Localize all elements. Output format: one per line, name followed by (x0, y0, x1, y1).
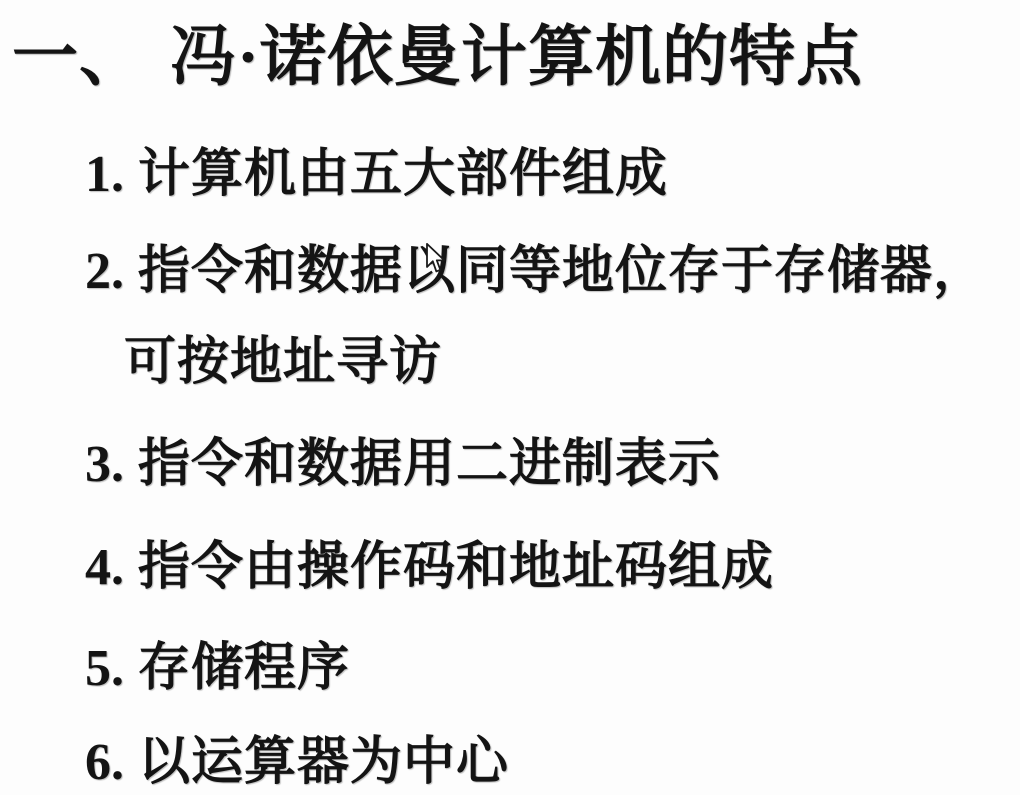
list-item-4: 4. 指令由操作码和地址码组成 (85, 539, 774, 596)
item-number: 6. (85, 734, 138, 791)
item-text: 计算机由五大部件组成 (138, 146, 668, 203)
item-text: 指令和数据以同等地位存于存储器， (138, 243, 986, 300)
list-item-1: 1. 计算机由五大部件组成 (85, 146, 668, 203)
item-number: 2. (85, 243, 138, 300)
item-text: 指令由操作码和地址码组成 (138, 539, 774, 596)
slide-title: 一、冯·诺依曼计算机的特点 (12, 20, 863, 96)
item-text: 存储程序 (138, 640, 350, 697)
lecture-slide: 一、冯·诺依曼计算机的特点 1. 计算机由五大部件组成 2. 指令和数据以同等地… (0, 0, 1020, 795)
list-item-2: 2. 指令和数据以同等地位存于存储器， (85, 243, 986, 300)
list-item-3: 3. 指令和数据用二进制表示 (85, 436, 721, 493)
title-text: 冯·诺依曼计算机的特点 (170, 21, 863, 94)
list-item-2-continuation: 可按地址寻访 (124, 334, 442, 391)
item-text: 以运算器为中心 (138, 734, 509, 791)
item-number: 5. (85, 640, 138, 697)
list-item-6: 6. 以运算器为中心 (85, 734, 509, 791)
item-number: 3. (85, 436, 138, 493)
item-number: 4. (85, 539, 138, 596)
item-text: 指令和数据用二进制表示 (138, 436, 721, 493)
item-number: 1. (85, 146, 138, 203)
title-ordinal: 一、 (12, 21, 146, 94)
list-item-5: 5. 存储程序 (85, 640, 350, 697)
